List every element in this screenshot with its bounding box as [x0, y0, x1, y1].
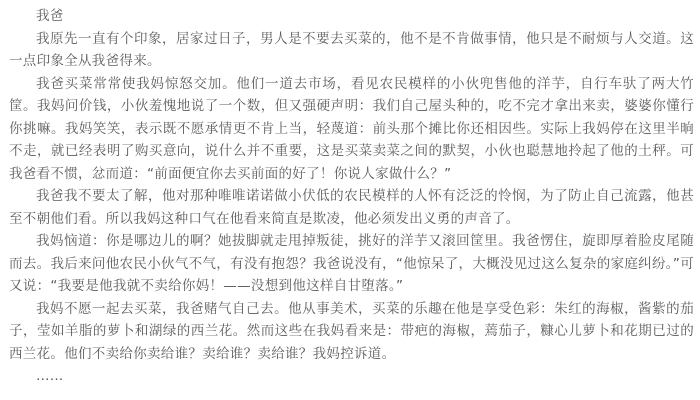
paragraph-mom-angry: 我妈恼道：你是哪边儿的啊？她拔脚就走甩掉叛徒，挑好的洋芋又滚回筐里。我爸愣住，旋… [9, 230, 694, 298]
paragraph-ellipsis: …… [9, 365, 694, 388]
essay-title: 我爸 [9, 5, 694, 28]
paragraph-market-scene: 我爸买菜常常使我妈惊怒交加。他们一道去市场，看见农民模样的小伙兜售他的洋芋，自行… [9, 73, 694, 186]
paragraph-colors: 我妈不愿一起去买菜，我爸赌气自己去。他从事美术，买菜的乐趣在他是享受色彩：朱红的… [9, 298, 694, 366]
essay-page: 我爸 我原先一直有个印象，居家过日子，男人是不要去买菜的，他不是不肯做事情，他只… [0, 0, 700, 400]
paragraph-dad-sympathy: 我爸我不要太了解，他对那种唯唯诺诺做小伏低的农民模样的人怀有泛泛的怜悯，为了防止… [9, 185, 694, 230]
paragraph-intro: 我原先一直有个印象，居家过日子，男人是不要去买菜的，他不是不肯做事情，他只是不耐… [9, 28, 694, 73]
